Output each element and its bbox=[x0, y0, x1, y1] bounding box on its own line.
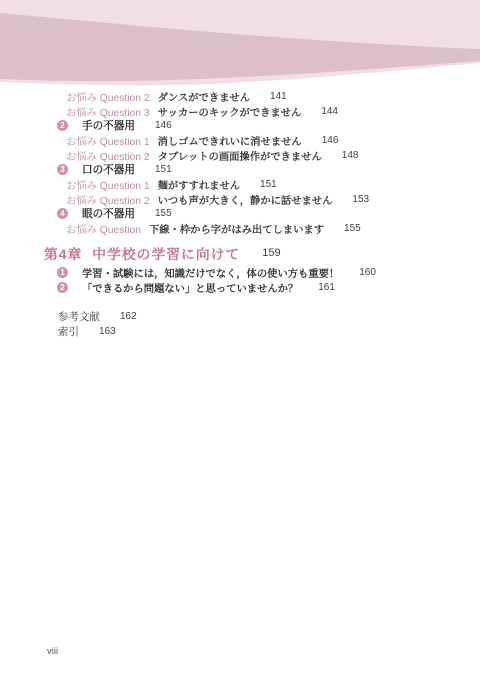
chapter-number-label: 第4章 bbox=[44, 243, 82, 263]
toc-question-row: お悩み Question 3サッカーのキックができません144 bbox=[0, 104, 480, 119]
page-number: 148 bbox=[342, 150, 359, 161]
page-number: 162 bbox=[120, 311, 137, 322]
question-label: お悩み Question 1 bbox=[66, 177, 150, 192]
page-number: 153 bbox=[352, 194, 369, 205]
question-label: お悩み Question 2 bbox=[66, 89, 150, 104]
question-label: お悩み Question 2 bbox=[66, 148, 150, 163]
page-number: 160 bbox=[359, 267, 376, 278]
backmatter-row: 索引163 bbox=[58, 324, 137, 339]
toc-section-row: 4眼の不器用155 bbox=[0, 207, 480, 222]
page-number: 155 bbox=[344, 223, 361, 234]
section-title: 眼の不器用 bbox=[82, 206, 135, 221]
toc-section-row: 2「できるから問題ない」と思っていませんか？161 bbox=[0, 280, 480, 295]
toc-question-row: お悩み Question 1消しゴムできれいに消せません146 bbox=[0, 133, 480, 148]
toc-question-row: お悩み Question 2いつも声が大きく，静かに話せません153 bbox=[0, 192, 480, 207]
page-number: 146 bbox=[322, 135, 339, 146]
question-text: 麺がすすれません bbox=[158, 177, 240, 192]
toc-section-row: 2手の不器用146 bbox=[0, 118, 480, 133]
section-title: 学習・試験には，知識だけでなく，体の使い方も重要！ bbox=[82, 265, 339, 280]
toc-question-row: お悩み Question 2ダンスができません141 bbox=[0, 89, 480, 104]
page-number: 141 bbox=[270, 91, 287, 102]
page-number: 151 bbox=[260, 179, 277, 190]
page-folio: viii bbox=[47, 646, 58, 657]
page-number: 151 bbox=[155, 164, 172, 175]
numbered-circle: 2 bbox=[57, 282, 68, 293]
numbered-circle: 3 bbox=[57, 164, 68, 175]
chapter-item-list: 1学習・試験には，知識だけでなく，体の使い方も重要！1602「できるから問題ない… bbox=[0, 265, 480, 294]
question-text: サッカーのキックができません bbox=[158, 104, 302, 119]
backmatter-title: 参考文献 bbox=[58, 309, 100, 324]
page-number: 144 bbox=[321, 106, 338, 117]
question-text: タブレットの画面操作ができません bbox=[158, 148, 322, 163]
question-text: ダンスができません bbox=[158, 89, 250, 104]
page-number: 155 bbox=[155, 208, 172, 219]
numbered-circle: 4 bbox=[57, 208, 68, 219]
chapter-title: 中学校の学習に向けて bbox=[92, 243, 240, 263]
page-number: 146 bbox=[155, 120, 172, 131]
question-label: お悩み Question 1 bbox=[66, 133, 150, 148]
numbered-circle: 2 bbox=[57, 120, 68, 131]
backmatter-list: 参考文献162索引163 bbox=[58, 309, 137, 338]
section-title: 手の不器用 bbox=[82, 118, 135, 133]
question-label: お悩み Question 2 bbox=[66, 192, 150, 207]
question-text: 消しゴムできれいに消せません bbox=[158, 133, 302, 148]
backmatter-title: 索引 bbox=[58, 324, 79, 339]
numbered-circle: 1 bbox=[57, 267, 68, 278]
question-text: いつも声が大きく，静かに話せません bbox=[158, 192, 333, 207]
decorative-wave bbox=[0, 0, 480, 95]
page-number: 161 bbox=[318, 282, 335, 293]
toc-question-row: お悩み Question 2タブレットの画面操作ができません148 bbox=[0, 148, 480, 163]
toc-question-row: お悩み Question下線・枠から字がはみ出てしまいます155 bbox=[0, 221, 480, 236]
section-title: 口の不器用 bbox=[82, 162, 135, 177]
toc-question-row: お悩み Question 1麺がすすれません151 bbox=[0, 177, 480, 192]
question-text: 下線・枠から字がはみ出てしまいます bbox=[149, 221, 324, 236]
chapter-heading: 第4章 中学校の学習に向けて 159 bbox=[44, 243, 281, 263]
toc-section-row: 3口の不器用151 bbox=[0, 162, 480, 177]
backmatter-row: 参考文献162 bbox=[58, 309, 137, 324]
section-title: 「できるから問題ない」と思っていませんか？ bbox=[82, 280, 298, 295]
toc-list: お悩み Question 2ダンスができません141お悩み Question 3… bbox=[0, 89, 480, 236]
question-label: お悩み Question 3 bbox=[66, 104, 150, 119]
question-label: お悩み Question bbox=[66, 221, 141, 236]
chapter-page-number: 159 bbox=[262, 247, 280, 259]
toc-section-row: 1学習・試験には，知識だけでなく，体の使い方も重要！160 bbox=[0, 265, 480, 280]
page-number: 163 bbox=[99, 326, 116, 337]
